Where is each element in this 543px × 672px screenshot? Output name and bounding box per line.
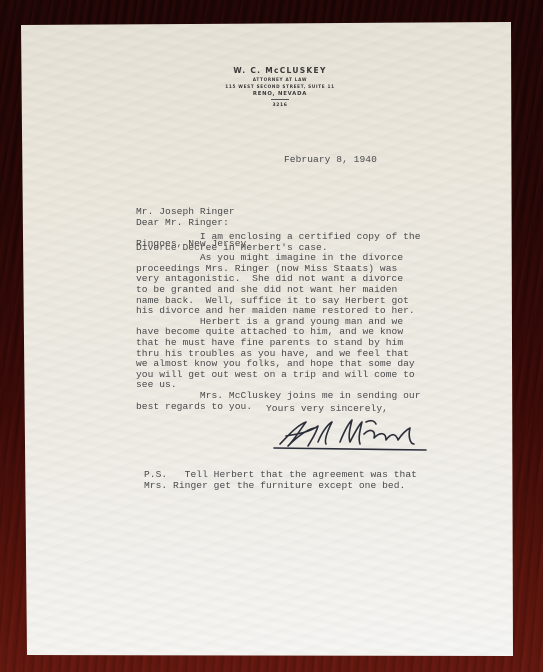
letterhead: W. C. McCLUSKEY ATTORNEY AT LAW 115 WEST… (200, 66, 360, 108)
letterhead-rule (271, 99, 289, 100)
letterhead-address: 115 WEST SECOND STREET, SUITE 11 (200, 83, 360, 90)
letterhead-name: W. C. McCLUSKEY (200, 66, 360, 76)
text-line: I am enclosing a certified copy of the (136, 232, 421, 243)
text-line: Mrs. McCluskey joins me in sending our (136, 391, 421, 402)
letterhead-number: 3216 (200, 103, 360, 108)
letterhead-title: ATTORNEY AT LAW (200, 76, 360, 83)
salutation: Dear Mr. Ringer: (136, 218, 229, 229)
letter-date: February 8, 1940 (284, 155, 377, 166)
letter-body: I am enclosing a certified copy of theDi… (136, 232, 421, 412)
text-line: that he must have fine parents to stand … (136, 338, 421, 349)
text-line: you will get out west on a trip and will… (136, 370, 421, 381)
text-line: Mrs. Ringer get the furniture except one… (144, 481, 417, 492)
handwritten-signature (266, 414, 436, 454)
postscript: P.S. Tell Herbert that the agreement was… (144, 470, 417, 491)
text-line: P.S. Tell Herbert that the agreement was… (144, 470, 417, 481)
closing: Yours very sincerely, (266, 404, 388, 415)
letterhead-city: RENO, NEVADA (200, 90, 360, 98)
text-line: to be granted and she did not want her m… (136, 285, 421, 296)
